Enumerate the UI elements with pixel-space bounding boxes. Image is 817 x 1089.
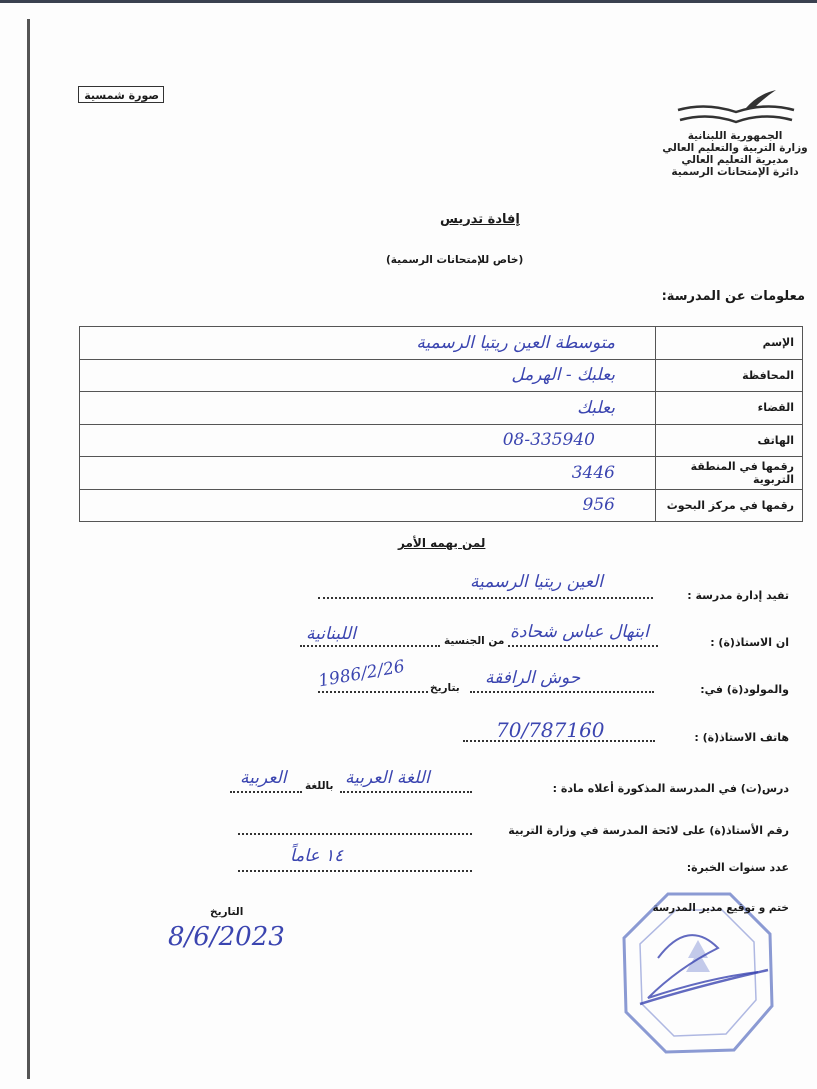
row-value: 956	[80, 489, 656, 522]
teacher-phone-value: 70/787160	[496, 718, 605, 742]
row-label: المحافظة	[656, 359, 803, 392]
table-row: رقمها في المنطقة التربوية 3446	[80, 457, 803, 490]
row-value: متوسطة العين ريتيا الرسمية	[80, 327, 656, 360]
signature-label: ختم و توقيع مدير المدرسة	[652, 902, 789, 914]
document-title: إفادة تدريس	[440, 212, 520, 227]
table-row: رقمها في مركز البحوث 956	[80, 489, 803, 522]
row-value: 08-335940	[80, 424, 656, 457]
language-label: باللغة	[305, 780, 333, 792]
date-label: التاريخ	[210, 906, 243, 918]
registry-label: رقم الأستاذ(ة) على لائحة المدرسة في وزار…	[508, 824, 789, 837]
table-row: المحافظة بعلبك - الهرمل	[80, 359, 803, 392]
birth-date-value: 1986/2/26	[317, 657, 406, 692]
dotted-line	[230, 791, 302, 793]
table-row: القضاء بعلبك	[80, 392, 803, 425]
ministry-line: مديرية التعليم العالي	[660, 154, 810, 166]
dotted-line	[470, 691, 654, 693]
table-row: الإسم متوسطة العين ريتيا الرسمية	[80, 327, 803, 360]
school-admin-value: العين ريتيا الرسمية	[470, 572, 603, 592]
dotted-line	[238, 870, 472, 872]
birth-date-label: بتاريخ	[430, 682, 460, 694]
language-value: العربية	[240, 768, 286, 788]
handwritten-value: بعلبك	[577, 398, 615, 418]
subject-label: درس(ت) في المدرسة المذكورة أعلاه مادة :	[553, 782, 789, 795]
table-row: الهاتف 08-335940	[80, 424, 803, 457]
dotted-line	[340, 791, 472, 793]
handwritten-value: متوسطة العين ريتيا الرسمية	[416, 333, 615, 353]
nationality-value: اللبنانية	[306, 624, 356, 644]
ministry-logo-icon	[672, 88, 800, 128]
photo-label: صورة شمسية	[84, 89, 159, 102]
dotted-line	[508, 645, 658, 647]
subject-value: اللغة العربية	[345, 768, 430, 788]
document-subtitle: (خاص للإمتحانات الرسمية)	[386, 254, 523, 266]
ministry-line: دائرة الإمتحانات الرسمية	[660, 166, 810, 178]
to-whom-heading: لمن يهمه الأمر	[398, 536, 485, 550]
row-value: 3446	[80, 457, 656, 490]
handwritten-value: بعلبك - الهرمل	[511, 365, 615, 385]
born-in-value: حوش الرافقة	[485, 668, 580, 688]
experience-value: ١٤ عاماً	[290, 846, 343, 866]
scan-top-edge	[0, 0, 817, 3]
row-label: رقمها في مركز البحوث	[656, 489, 803, 522]
ministry-header: الجمهورية اللبنانية وزارة التربية والتعل…	[660, 130, 810, 178]
experience-label: عدد سنوات الخبرة:	[687, 861, 789, 874]
section-heading: معلومات عن المدرسة:	[662, 289, 805, 304]
school-admin-label: تفيد إدارة مدرسة :	[687, 589, 789, 602]
born-in-label: والمولود(ة) في:	[700, 683, 789, 696]
row-value: بعلبك - الهرمل	[80, 359, 656, 392]
row-label: القضاء	[656, 392, 803, 425]
row-label: رقمها في المنطقة التربوية	[656, 457, 803, 490]
handwritten-value: 956	[583, 495, 615, 515]
photo-placeholder: صورة شمسية	[78, 86, 164, 103]
row-label: الإسم	[656, 327, 803, 360]
dotted-line	[318, 597, 653, 599]
dotted-line	[300, 645, 440, 647]
school-info-table: الإسم متوسطة العين ريتيا الرسمية المحافظ…	[79, 326, 803, 522]
binding-rule	[27, 19, 30, 1079]
date-value: 8/6/2023	[168, 922, 285, 952]
handwritten-value: 3446	[572, 463, 615, 483]
nationality-label: من الجنسية	[444, 635, 504, 647]
teacher-label: ان الاستاذ(ة) :	[710, 636, 789, 649]
ministry-line: وزارة التربية والتعليم العالي	[660, 142, 810, 154]
dotted-line	[318, 691, 428, 693]
row-label: الهاتف	[656, 424, 803, 457]
row-value: بعلبك	[80, 392, 656, 425]
teacher-phone-label: هاتف الاستاذ(ة) :	[694, 731, 789, 744]
teacher-name-value: ابتهال عباس شحادة	[510, 622, 649, 642]
dotted-line	[238, 833, 472, 835]
handwritten-value: 08-335940	[503, 430, 615, 450]
ministry-line: الجمهورية اللبنانية	[660, 130, 810, 142]
